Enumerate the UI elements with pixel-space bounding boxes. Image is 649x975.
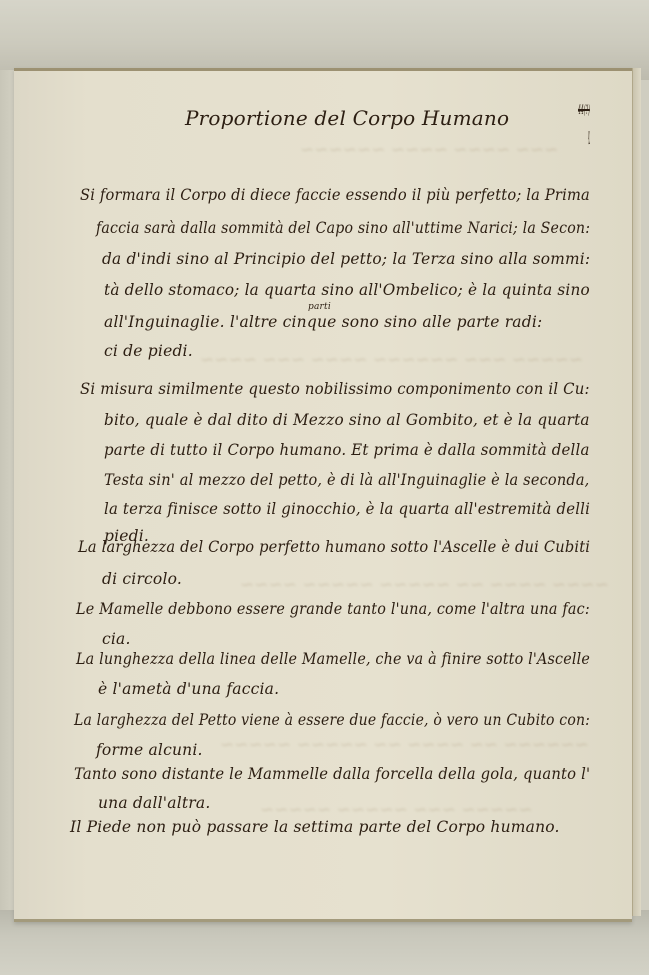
ink-bleed: ~~~ ~~~~ ~~~~ ~~~~~~ bbox=[300, 140, 558, 160]
ink-bleed: ~~~~~~ ~~ ~~~~ ~~ ~~~~~ ~~~~~ bbox=[220, 735, 589, 755]
text-line: bito, quale è dal dito di Mezzo sino al … bbox=[104, 411, 590, 429]
text-line: ci de piedi. bbox=[104, 342, 193, 360]
scan-background-left bbox=[0, 70, 14, 920]
interlinear-insertion: parti bbox=[308, 302, 331, 312]
text-line: Le Mamelle debbono essere grande tanto l… bbox=[76, 600, 590, 618]
folio-number: 92 bbox=[588, 128, 590, 149]
page-edge bbox=[632, 68, 641, 916]
text-line: Si misura similmente questo nobilissimo … bbox=[80, 380, 590, 398]
text-line: Il Piede non può passare la settima part… bbox=[70, 818, 560, 836]
text-line: La larghezza del Petto viene à essere du… bbox=[74, 711, 590, 729]
text-line: è l'ametà d'una faccia. bbox=[98, 680, 279, 698]
text-line: La larghezza del Corpo perfetto humano s… bbox=[78, 538, 590, 556]
folio-number-struck: 44(?) bbox=[578, 103, 590, 118]
text-line: la terza finisce sotto il ginocchio, è l… bbox=[104, 500, 590, 518]
text-line: faccia sarà dalla sommità del Capo sino … bbox=[96, 219, 590, 237]
text-line: di circolo. bbox=[102, 570, 182, 588]
text-line: Tanto sono distante le Mammelle dalla fo… bbox=[74, 765, 590, 783]
text-line: una dall'altra. bbox=[98, 794, 210, 812]
text-line: da d'indi sino al Principio del petto; l… bbox=[102, 250, 590, 268]
text-line: Si formara il Corpo di diece faccie esse… bbox=[80, 186, 590, 204]
text-line: parte di tutto il Corpo humano. Et prima… bbox=[104, 441, 590, 459]
ink-bleed: ~~~~ ~~~~ ~~ ~~~~~ ~~~~~ ~~~~ bbox=[240, 575, 609, 595]
text-line: La lunghezza della linea delle Mamelle, … bbox=[76, 650, 590, 668]
text-line: all'Inguinaglie. l'altre cinque sono sin… bbox=[104, 313, 542, 331]
text-line: forme alcuni. bbox=[96, 741, 203, 759]
text-line: cia. bbox=[102, 630, 131, 648]
ink-bleed: ~~~~~ ~~~ ~~~~~~ ~~~~ ~~~ ~~~~ bbox=[200, 350, 583, 370]
text-line: tà dello stomaco; la quarta sino all'Omb… bbox=[104, 281, 590, 299]
page-title: Proportione del Corpo Humano bbox=[185, 106, 509, 130]
ink-bleed: ~~~~~ ~~~ ~~~~~ ~~~~~ bbox=[260, 800, 533, 820]
text-line: Testa sin' al mezzo del petto, è di là a… bbox=[104, 471, 589, 489]
